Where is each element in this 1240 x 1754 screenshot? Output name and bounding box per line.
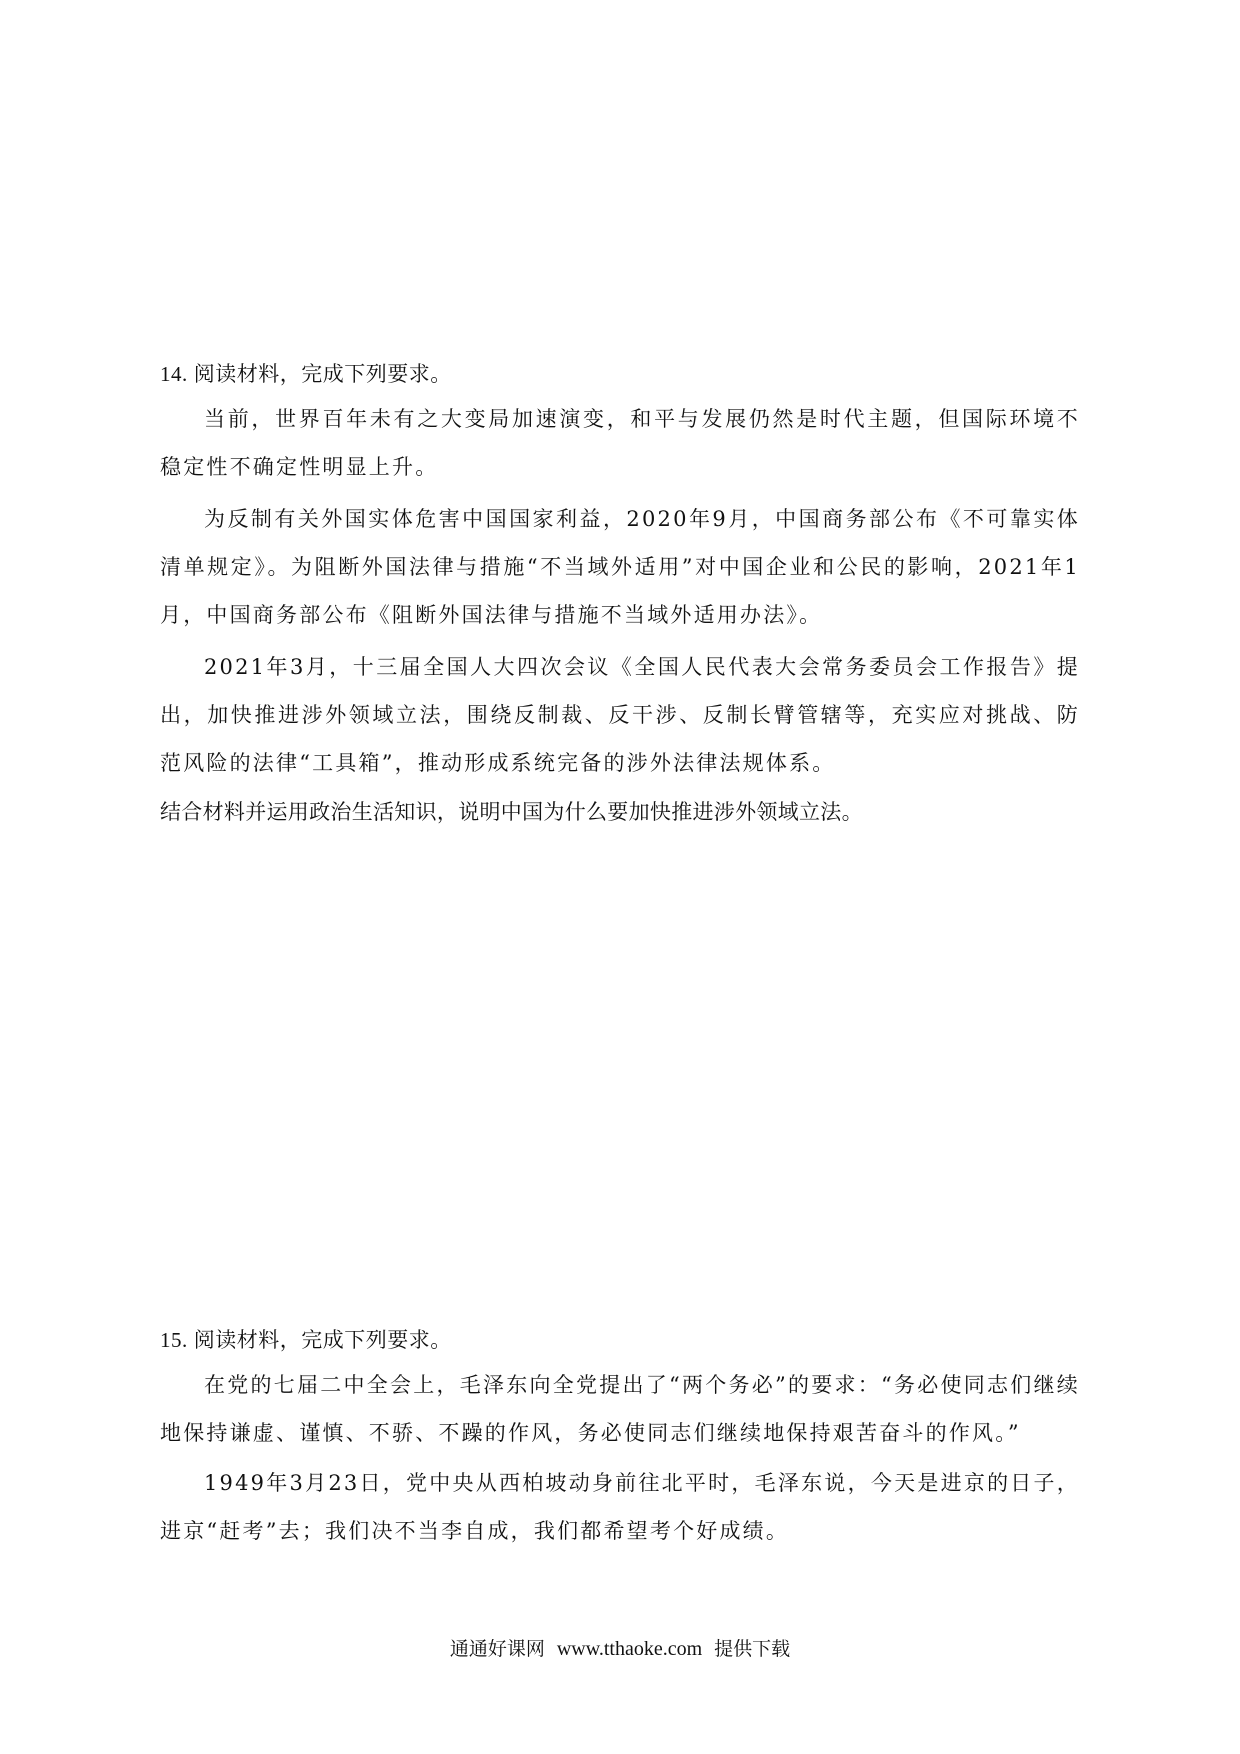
document-page: 14.阅读材料，完成下列要求。 当前，世界百年未有之大变局加速演变，和平与发展仍… xyxy=(0,0,1240,1754)
question-14-paragraph-2: 为反制有关外国实体危害中国国家利益，2020年9月，中国商务部公布《不可靠实体清… xyxy=(160,495,1080,639)
footer-site-name: 通通好课网 xyxy=(450,1638,545,1660)
question-14-heading: 14.阅读材料，完成下列要求。 xyxy=(160,360,452,388)
page-footer: 通通好课网www.tthaoke.com提供下载 xyxy=(0,1634,1240,1661)
question-14-paragraph-1: 当前，世界百年未有之大变局加速演变，和平与发展仍然是时代主题，但国际环境不稳定性… xyxy=(160,395,1080,491)
question-number: 15. xyxy=(160,1328,188,1352)
footer-url: www.tthaoke.com xyxy=(557,1638,702,1660)
question-number: 14. xyxy=(160,362,188,386)
question-14-prompt: 结合材料并运用政治生活知识，说明中国为什么要加快推进涉外领域立法。 xyxy=(160,798,863,826)
question-15-paragraph-1: 在党的七届二中全会上，毛泽东向全党提出了“两个务必”的要求：“务必使同志们继续地… xyxy=(160,1361,1080,1457)
question-instruction: 阅读材料，完成下列要求。 xyxy=(194,362,452,386)
question-15-heading: 15.阅读材料，完成下列要求。 xyxy=(160,1326,452,1354)
question-instruction: 阅读材料，完成下列要求。 xyxy=(194,1328,452,1352)
question-15-paragraph-2: 1949年3月23日，党中央从西柏坡动身前往北平时，毛泽东说，今天是进京的日子，… xyxy=(160,1459,1080,1555)
footer-suffix: 提供下载 xyxy=(714,1638,790,1660)
question-14-paragraph-3: 2021年3月，十三届全国人大四次会议《全国人民代表大会常务委员会工作报告》提出… xyxy=(160,643,1080,787)
